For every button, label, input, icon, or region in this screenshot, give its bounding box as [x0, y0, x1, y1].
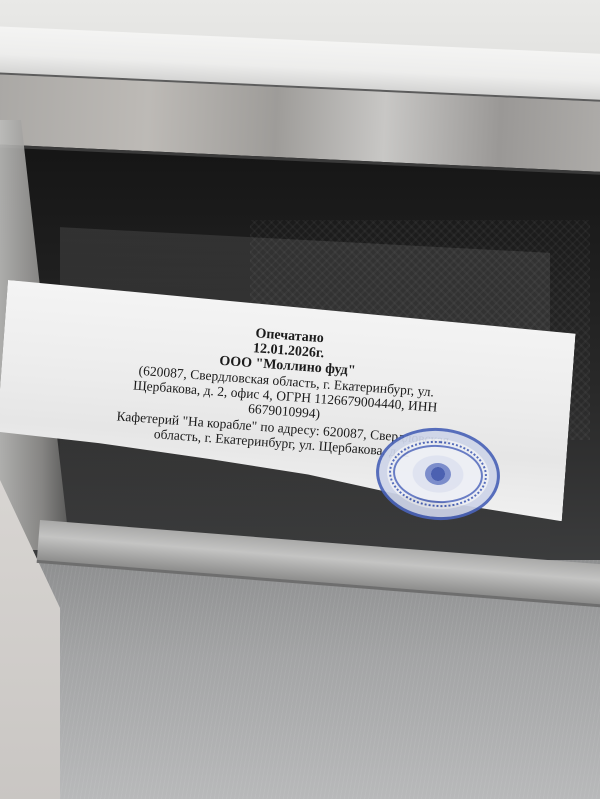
- photo-scene: Опечатано 12.01.2026г. ООО "Моллино фуд"…: [0, 0, 600, 799]
